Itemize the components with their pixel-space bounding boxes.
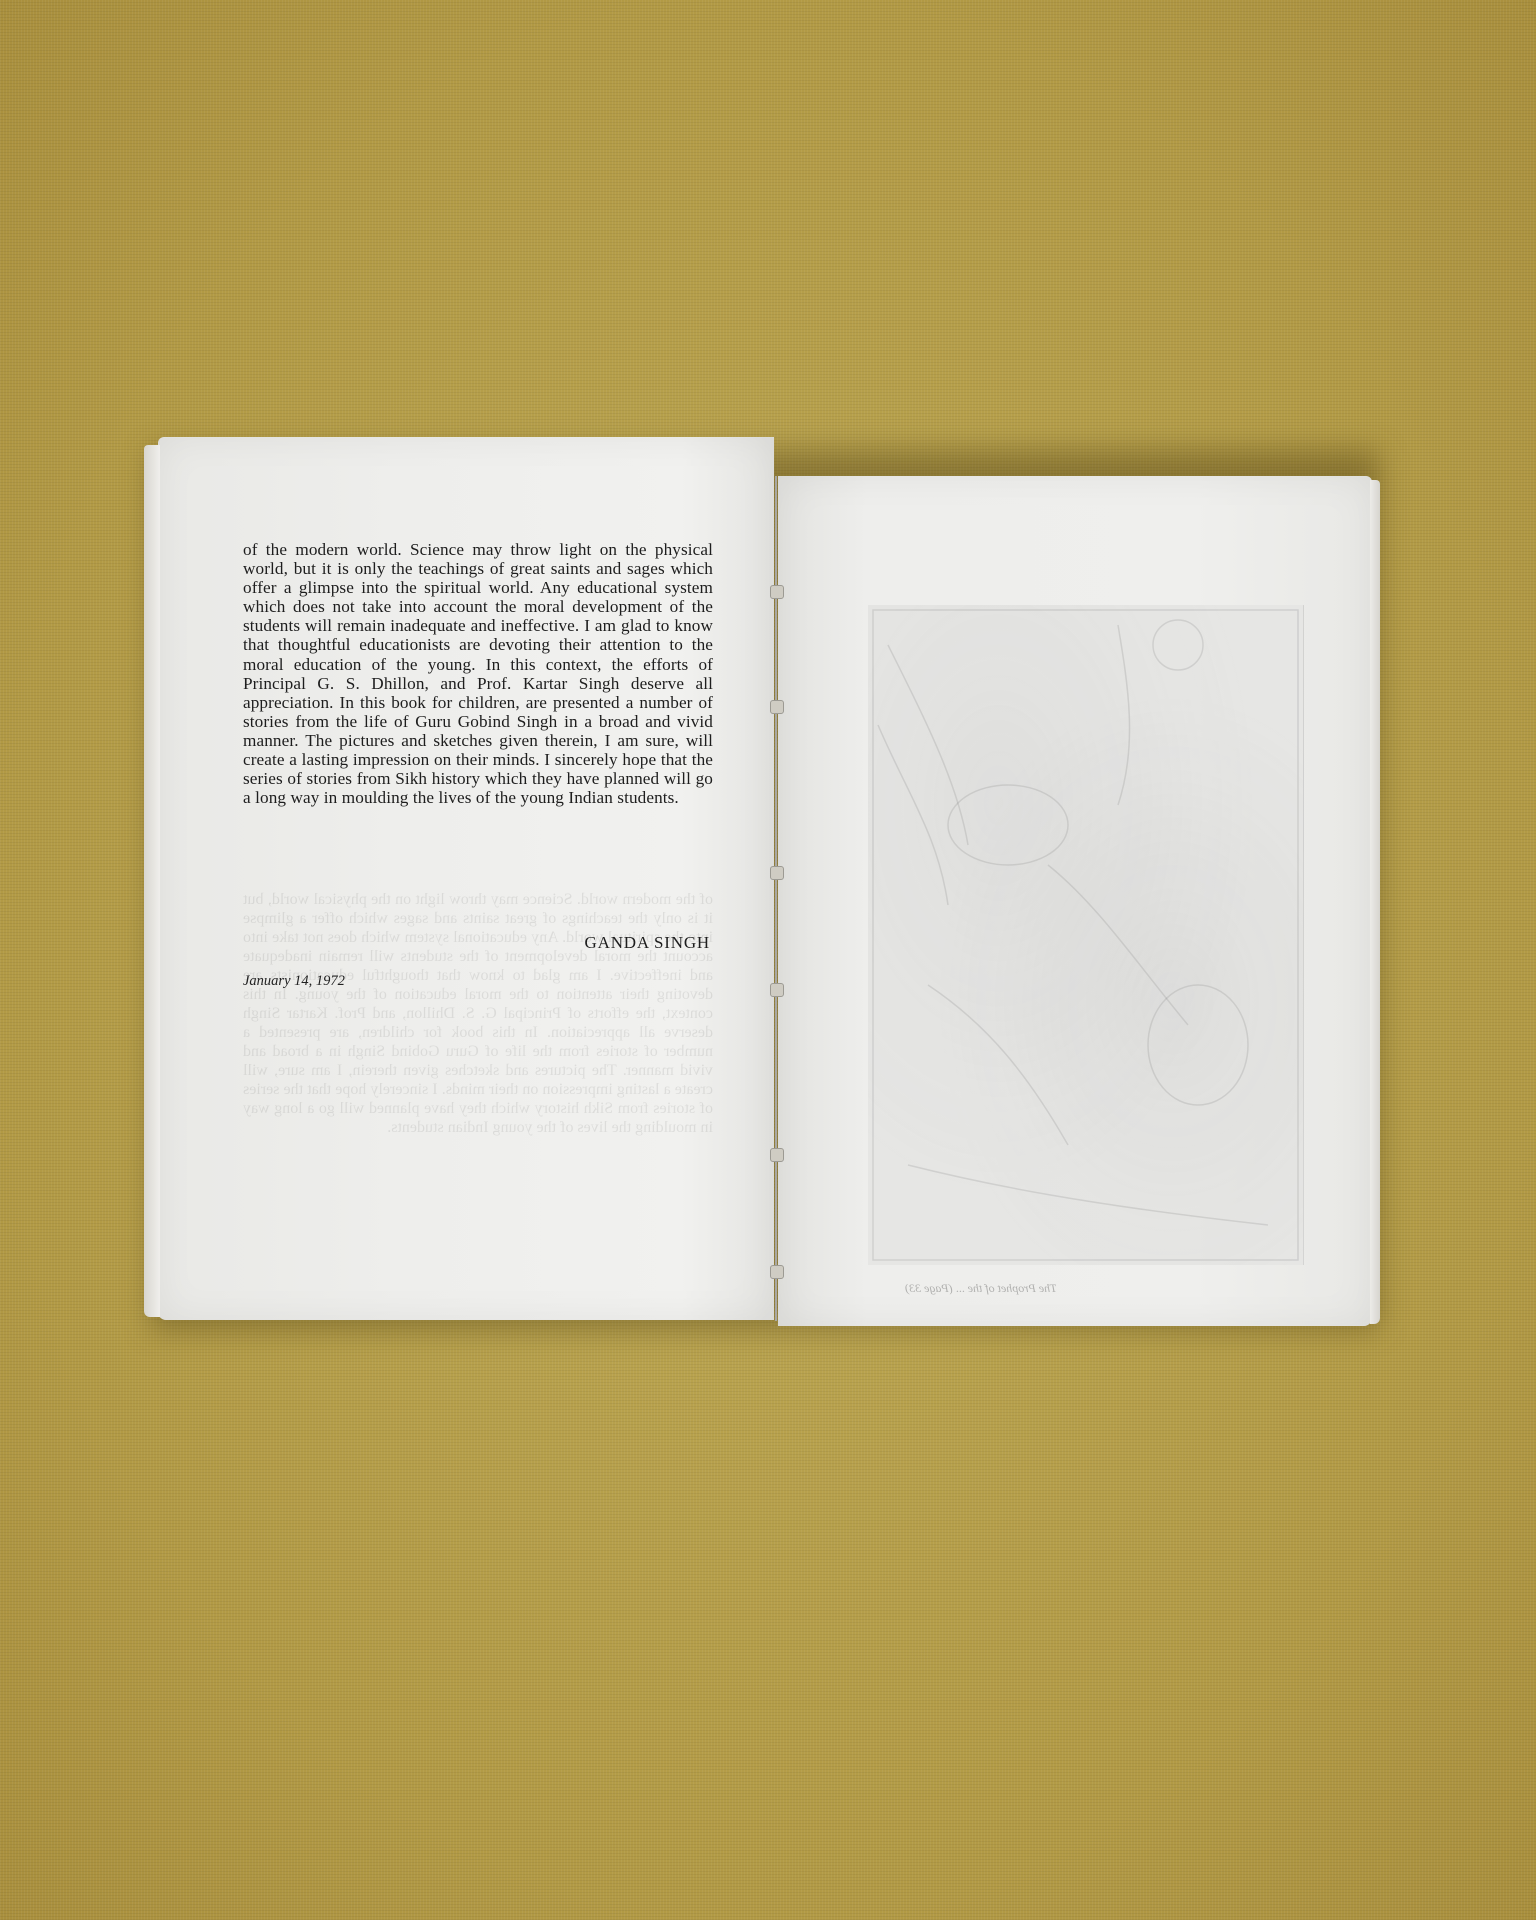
foreword-date: January 14, 1972 [243, 973, 345, 990]
right-page-edge [1370, 480, 1380, 1324]
stitch-icon [770, 1265, 784, 1279]
sketch-icon [868, 605, 1303, 1265]
stitch-icon [770, 585, 784, 599]
stitch-icon [770, 1148, 784, 1162]
book-spine [775, 476, 777, 1321]
open-book: of the modern world. Science may throw l… [0, 0, 1536, 1920]
mirrored-caption: The Prophet of the ... (Page 33) [905, 1281, 1270, 1296]
left-page-edge [144, 445, 160, 1317]
stitch-icon [770, 866, 784, 880]
author-signature: GANDA SINGH [520, 933, 710, 953]
foreword-body-text: of the modern world. Science may throw l… [243, 540, 713, 807]
faded-illustration [868, 605, 1304, 1265]
stitch-icon [770, 700, 784, 714]
stitch-icon [770, 983, 784, 997]
